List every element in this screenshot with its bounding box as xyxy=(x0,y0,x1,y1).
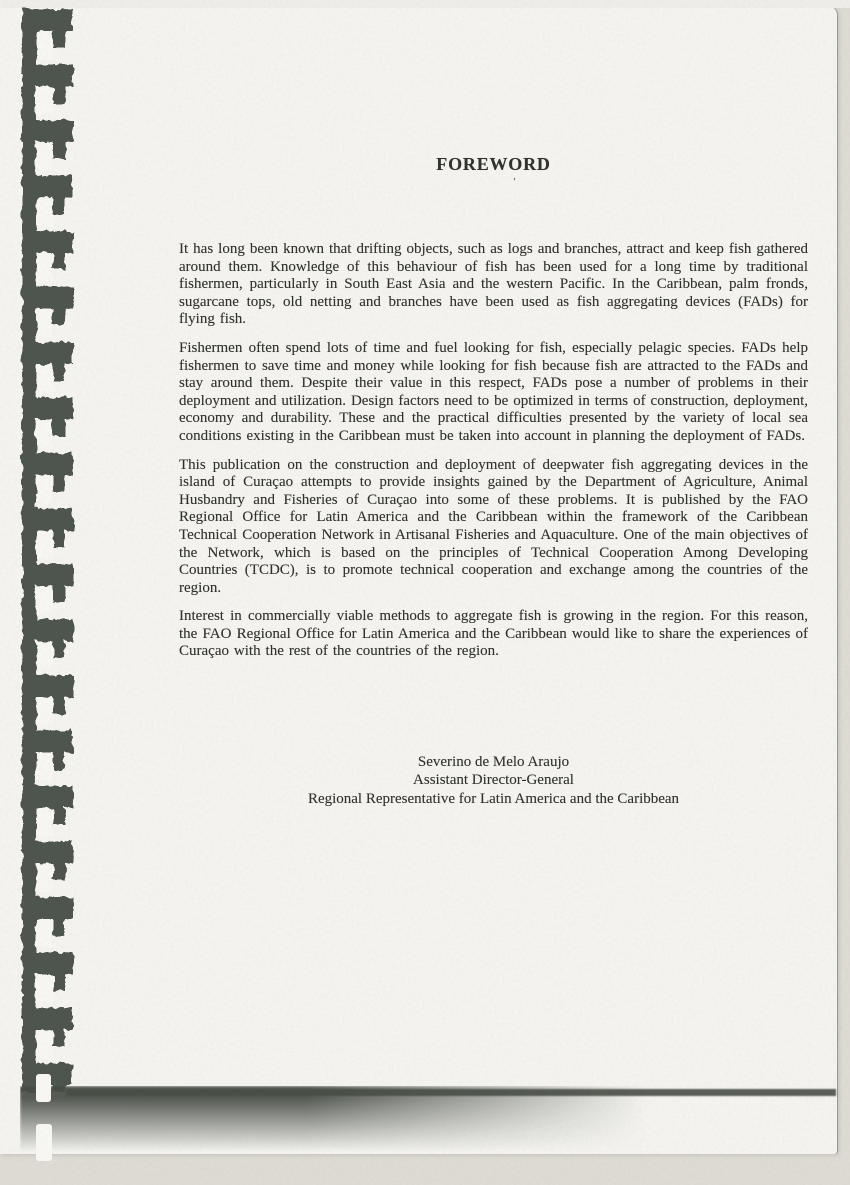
signature-block: Severino de Melo Araujo Assistant Direct… xyxy=(179,753,808,808)
signature-title: Assistant Director-General xyxy=(179,771,808,789)
paragraph-3: This publication on the construction and… xyxy=(179,457,808,598)
paragraph-2: Fishermen often spend lots of time and f… xyxy=(179,340,808,446)
page-title: FOREWORD xyxy=(179,153,808,175)
paragraph-4: Interest in commercially viable methods … xyxy=(179,608,808,661)
signature-name: Severino de Melo Araujo xyxy=(179,753,808,771)
scanned-document: FOREWORD ' It has long been known that d… xyxy=(0,0,850,1185)
binding-hole xyxy=(36,1074,51,1102)
page-bottom-shadow-fade xyxy=(20,1086,660,1152)
signature-role: Regional Representative for Latin Americ… xyxy=(179,790,808,808)
page-content: FOREWORD ' It has long been known that d… xyxy=(179,153,808,808)
comb-binding-icon xyxy=(22,9,74,1093)
paragraph-1: It has long been known that drifting obj… xyxy=(179,241,808,329)
paper-page: FOREWORD ' It has long been known that d… xyxy=(0,6,837,1154)
scanner-edge-strip xyxy=(0,0,850,8)
stray-scan-mark: ' xyxy=(179,175,808,191)
body-text: It has long been known that drifting obj… xyxy=(179,241,808,661)
binding-hole xyxy=(36,1124,52,1161)
